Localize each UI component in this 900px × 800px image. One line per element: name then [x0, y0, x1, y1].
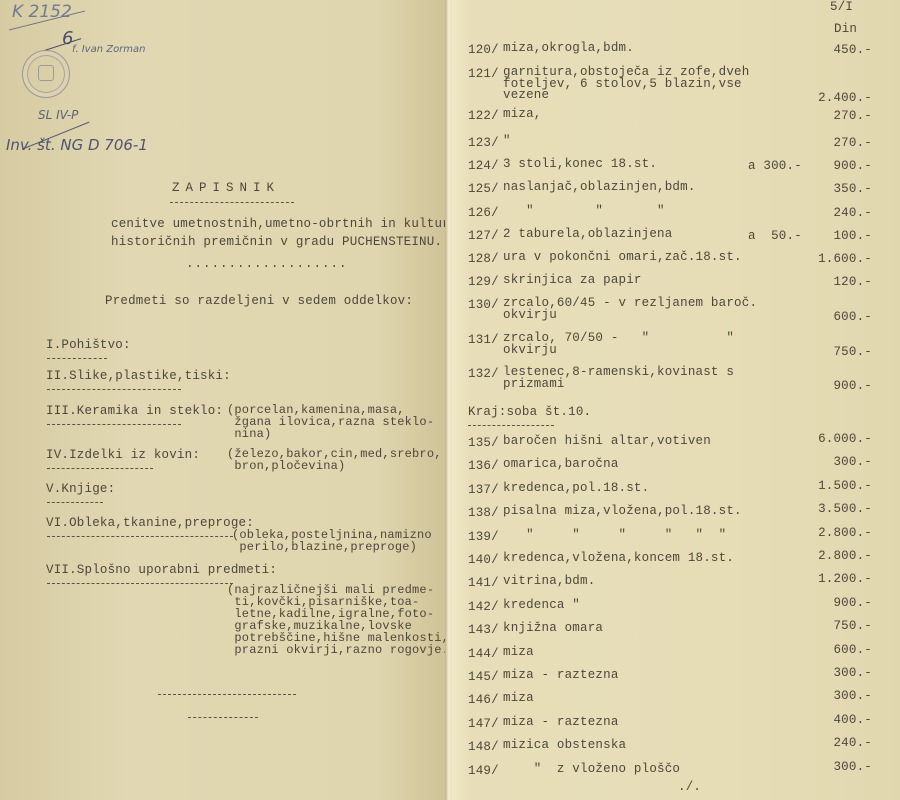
item-description: 3 stoli,konec 18.st.: [503, 159, 657, 171]
item-description: miza - raztezna: [503, 717, 619, 729]
item-description: miza: [503, 693, 534, 705]
item-number: 149/: [468, 764, 499, 778]
category-label: V.Knjige:: [46, 482, 115, 496]
item-description: kredenca,pol.18.st.: [503, 483, 649, 495]
category-label: I.Pohištvo:: [46, 338, 131, 352]
category-label: II.Slike,plastike,tiski:: [46, 369, 231, 383]
item-price: 300.-: [833, 689, 872, 703]
item-number: 141/: [468, 576, 499, 590]
item-number: 145/: [468, 670, 499, 684]
item-price: 1.200.-: [818, 572, 872, 586]
document-subtitle: historičnih premičnin v gradu PUCHENSTEI…: [111, 235, 442, 249]
inventory-number: Inv. št. NG D 706-1: [6, 136, 148, 154]
item-price: 750.-: [833, 345, 872, 359]
item-number: 126/: [468, 206, 499, 220]
item-number: 144/: [468, 647, 499, 661]
item-price: 900.-: [833, 159, 872, 173]
item-price: 270.-: [833, 109, 872, 123]
item-price: 6.000.-: [818, 432, 872, 446]
category-label: IV.Izdelki iz kovin:: [46, 448, 200, 462]
item-description: kredenca ": [503, 600, 580, 612]
continued-mark: ./.: [678, 780, 701, 794]
signature-code: SL IV-P: [38, 108, 78, 122]
category-underline: [47, 583, 233, 584]
currency-header: Din: [834, 22, 857, 36]
item-price: 300.-: [833, 455, 872, 469]
item-price: 1.600.-: [818, 252, 872, 266]
item-number: 139/: [468, 530, 499, 544]
intro-text: Predmeti so razdeljeni v sedem oddelkov:: [105, 294, 413, 308]
item-number: 122/: [468, 109, 499, 123]
category-label: III.Keramika in steklo:: [46, 404, 223, 418]
item-price: 400.-: [833, 713, 872, 727]
item-description: " " " " " ": [503, 530, 726, 542]
item-number: 129/: [468, 275, 499, 289]
item-price: 2.800.-: [818, 526, 872, 540]
category-underline: [47, 536, 233, 537]
item-number: 130/: [468, 298, 499, 312]
dotted-separator: ...................: [186, 257, 348, 271]
item-description: " z vloženo ploščo: [503, 764, 680, 776]
item-description: miza,: [503, 109, 542, 121]
item-price: 900.-: [833, 379, 872, 393]
item-description: pisalna miza,vložena,pol.18.st.: [503, 506, 742, 518]
item-number: 146/: [468, 693, 499, 707]
item-price: 300.-: [833, 666, 872, 680]
left-page: K 2152 6 f. Ivan Zorman SL IV-P Inv. št.…: [0, 0, 445, 800]
item-price: 2.400.-: [818, 91, 872, 105]
item-number: 138/: [468, 506, 499, 520]
category-note: (obleka,posteljnina,namizno perilo,blazi…: [232, 529, 432, 553]
item-description: naslanjač,oblazinjen,bdm.: [503, 182, 696, 194]
item-description: ": [503, 136, 511, 148]
item-number: 142/: [468, 600, 499, 614]
item-description: baročen hišni altar,votiven: [503, 436, 711, 448]
item-number: 135/: [468, 436, 499, 450]
item-number: 121/: [468, 67, 499, 81]
category-note: (železo,bakor,cin,med,srebro, bron,ploče…: [227, 448, 442, 472]
item-number: 137/: [468, 483, 499, 497]
item-number: 143/: [468, 623, 499, 637]
room-heading: Kraj:soba št.10.: [468, 405, 591, 419]
item-number: 123/: [468, 136, 499, 150]
item-description: miza - raztezna: [503, 670, 619, 682]
item-price: 600.-: [833, 643, 872, 657]
archive-number: K 2152: [12, 2, 72, 22]
item-number: 132/: [468, 367, 499, 381]
item-number: 148/: [468, 740, 499, 754]
item-number: 131/: [468, 333, 499, 347]
category-underline: [47, 358, 107, 359]
category-label: VII.Splošno uporabni predmeti:: [46, 563, 277, 577]
document-subtitle: cenitve umetnostnih,umetno-obrtnih in ku…: [111, 217, 465, 231]
item-number: 120/: [468, 43, 499, 57]
item-description: vitrina,bdm.: [503, 576, 595, 588]
signature: f. Ivan Zorman: [72, 44, 146, 55]
item-price: 450.-: [833, 43, 872, 57]
category-underline: [47, 502, 103, 503]
item-description: knjižna omara: [503, 623, 603, 635]
item-number: 147/: [468, 717, 499, 731]
item-description: ura v pokončni omari,zač.18.st.: [503, 252, 742, 264]
item-price: 350.-: [833, 182, 872, 196]
item-description: lestenec,8-ramenski,kovinast s prizmami: [503, 367, 734, 390]
item-price: 240.-: [833, 736, 872, 750]
item-description: kredenca,vložena,koncem 18.st.: [503, 553, 734, 565]
item-description: garnitura,obstoječa iz zofe,dveh fotelje…: [503, 67, 749, 102]
item-price: 240.-: [833, 206, 872, 220]
item-description: mizica obstenska: [503, 740, 626, 752]
item-number: 136/: [468, 459, 499, 473]
item-description: skrinjica za papir: [503, 275, 642, 287]
item-description: miza: [503, 647, 534, 659]
closing-rule: [158, 694, 296, 695]
item-number: 140/: [468, 553, 499, 567]
unit-price: a 300.-: [748, 159, 802, 173]
category-note: (porcelan,kamenina,masa, žgana ilovica,r…: [227, 404, 434, 440]
closing-rule: [188, 717, 258, 718]
item-price: 2.800.-: [818, 549, 872, 563]
item-number: 124/: [468, 159, 499, 173]
category-label: VI.Obleka,tkanine,preproge:: [46, 516, 254, 530]
item-description: zrcalo, 70/50 - " " okvirju: [503, 333, 734, 356]
item-price: 900.-: [833, 596, 872, 610]
item-price: 100.-: [833, 229, 872, 243]
item-price: 120.-: [833, 275, 872, 289]
category-underline: [47, 389, 181, 390]
category-underline: [47, 424, 181, 425]
stamp-icon: [22, 50, 70, 98]
unit-price: a 50.-: [748, 229, 802, 243]
item-number: 128/: [468, 252, 499, 266]
item-price: 1.500.-: [818, 479, 872, 493]
item-price: 750.-: [833, 619, 872, 633]
item-description: miza,okrogla,bdm.: [503, 43, 634, 55]
item-price: 270.-: [833, 136, 872, 150]
title-underline: [170, 202, 294, 203]
item-description: 2 taburela,oblazinjena: [503, 229, 672, 241]
item-price: 3.500.-: [818, 502, 872, 516]
item-description: zrcalo,60/45 - v rezljanem baroč. okvirj…: [503, 298, 757, 321]
item-price: 600.-: [833, 310, 872, 324]
category-note: (najrazličnejši mali predme- ti,kovčki,p…: [227, 584, 449, 656]
item-number: 127/: [468, 229, 499, 243]
coat-of-arms-icon: [38, 65, 54, 81]
item-price: 300.-: [833, 760, 872, 774]
page-number: 5/I: [830, 0, 853, 14]
room-underline: [468, 425, 554, 426]
item-number: 125/: [468, 182, 499, 196]
book-gutter: [445, 0, 452, 800]
item-description: " " ": [503, 206, 665, 218]
document-title: ZAPISNIK: [172, 181, 280, 195]
item-description: omarica,baročna: [503, 459, 619, 471]
category-underline: [47, 468, 153, 469]
